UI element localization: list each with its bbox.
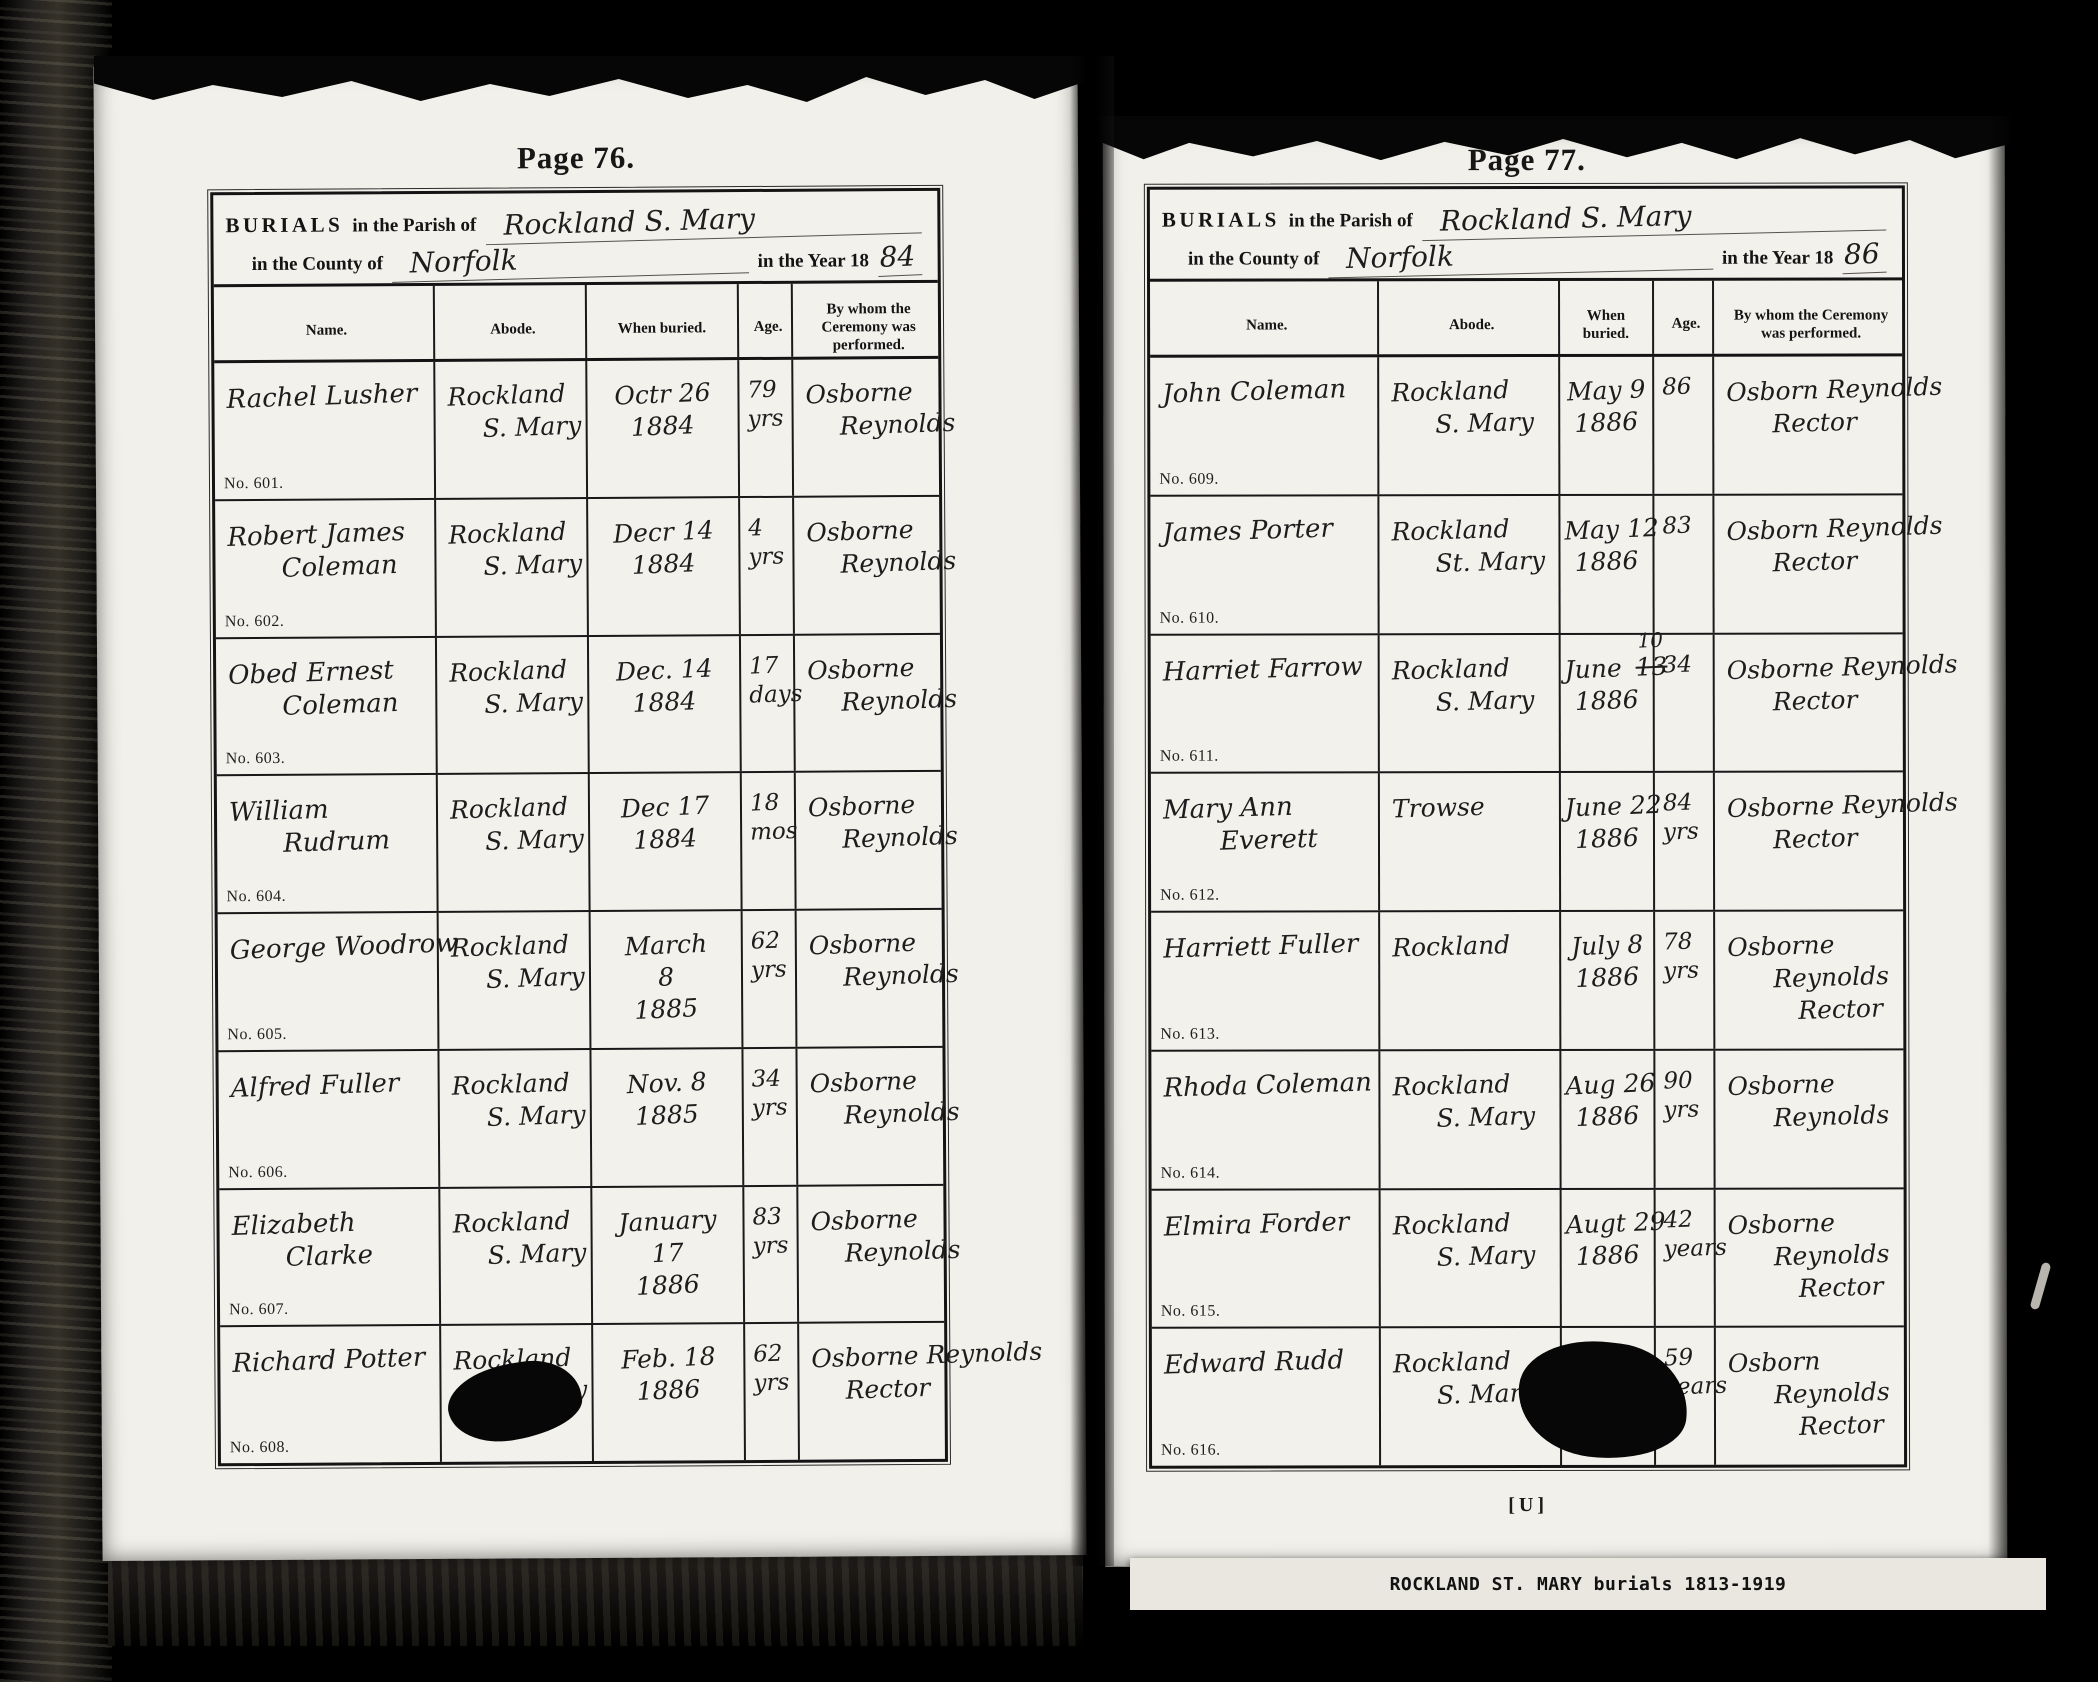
name-cell: Rachel LusherNo. 601. [214, 362, 436, 499]
ceremony-by-cell: OsborneReynolds [1715, 1050, 1903, 1187]
name-text: Elmira Forder [1163, 1205, 1373, 1243]
when-text: 1886 [1564, 683, 1649, 718]
when-buried-cell: Dec. 141884 [589, 636, 742, 773]
minister-text: Osborne [1727, 1205, 1898, 1242]
abode-text: Rockland [1392, 928, 1553, 965]
abode-text: S. Mary [1436, 1099, 1554, 1134]
record-number: No. 615. [1161, 1303, 1221, 1321]
column-header-when-buried: When buried. [587, 284, 739, 358]
minister-text: Rector [1798, 992, 1898, 1027]
abode-text: St. Mary [1435, 544, 1553, 579]
name-cell: Elmira ForderNo. 615. [1152, 1190, 1382, 1327]
when-buried-cell: January171886 [592, 1187, 745, 1324]
age-text: yrs [1662, 817, 1711, 847]
age-text: 83 [752, 1202, 795, 1232]
age-text: yrs [750, 955, 793, 985]
when-text: 1884 [593, 821, 736, 859]
column-header-age: Age. [1654, 281, 1714, 354]
minister-text: Reynolds [840, 408, 934, 443]
when-buried-cell: July 81886 [1561, 912, 1655, 1049]
film-scratch-mark [2030, 1262, 2052, 1311]
abode-text: Rockland [452, 1204, 585, 1240]
when-buried-cell: June 13101886 [1560, 634, 1654, 771]
name-text: Edward Rudd [1163, 1344, 1373, 1382]
year-label: in the Year 18 [758, 250, 869, 273]
record-number: No. 606. [228, 1163, 288, 1181]
abode-cell: RocklandS. Mary [439, 1050, 592, 1187]
when-text: 1886 [597, 1372, 740, 1410]
ceremony-by-cell: OsborneReynolds [794, 497, 940, 634]
abode-cell: RocklandS. Mary [437, 637, 590, 774]
when-text: 1886 [1565, 1238, 1650, 1273]
age-text: 84 [1662, 788, 1711, 818]
abode-text: S. Mary [1434, 405, 1552, 440]
abode-text: S. Mary [488, 1236, 585, 1271]
record-number: No. 614. [1161, 1164, 1221, 1182]
minister-text: Rector [1772, 821, 1897, 857]
burials-title: BURIALS [1162, 207, 1280, 232]
abode-text: Rockland [451, 1066, 584, 1102]
abode-text: Trowse [1392, 789, 1553, 826]
abode-cell: RocklandS. Mary [1380, 634, 1561, 771]
age-cell: 83 [1654, 495, 1714, 632]
scanned-burial-register: { "colors":{"paper":"#f2f0ea","ink":"#1d… [0, 0, 2098, 1682]
when-text: 1885 [595, 1096, 738, 1134]
abode-text: Rockland [448, 515, 581, 551]
age-cell: 83yrs [744, 1186, 799, 1322]
when-text: May 9 [1563, 373, 1648, 408]
register-title-box: BURIALS in the Parish of Rockland S. Mar… [1150, 188, 1902, 281]
name-text: James Porter [1162, 511, 1372, 549]
minister-text: Osborn [1727, 1343, 1898, 1380]
age-cell: 86 [1654, 357, 1714, 494]
age-cell: 79yrs [739, 360, 794, 496]
when-text: 1886 [596, 1266, 739, 1304]
minister-text: Osborn Reynolds [1726, 372, 1897, 409]
abode-cell: RocklandS. Mary [1381, 1051, 1562, 1188]
microfilm-caption-strip: ROCKLAND ST. MARY burials 1813-1919 [1130, 1558, 2046, 1610]
column-header-name: Name. [214, 286, 435, 360]
age-cell: 62yrs [745, 1324, 800, 1460]
age-text: yrs [752, 1231, 795, 1261]
ceremony-by-cell: OsborneReynolds [798, 1048, 944, 1185]
when-buried-cell: 301886 [1562, 1328, 1656, 1465]
minister-text: Osborne [808, 788, 936, 824]
age-text: 4 [748, 513, 791, 543]
ceremony-by-cell: OsborneReynolds [797, 910, 943, 1047]
abode-text: S. Mary [1436, 1238, 1554, 1273]
register-page-77: Page 77. BURIALS in the Parish of Rockla… [1103, 125, 2008, 1567]
age-cell: 42years [1655, 1189, 1715, 1326]
column-header-row: Name. Abode. When buried. Age. By whom t… [1150, 280, 1902, 357]
age-cell: 78yrs [1655, 912, 1715, 1049]
minister-text: Rector [1772, 682, 1897, 718]
minister-text: Reynolds [841, 683, 935, 718]
name-text: George Woodrow [229, 928, 431, 967]
title-line-parish: BURIALS in the Parish of Rockland S. Mar… [1162, 199, 1886, 236]
minister-text: Rector [1799, 1408, 1899, 1443]
abode-cell: RocklandS. Mary [440, 1187, 593, 1324]
minister-text: Osborne [808, 926, 936, 962]
age-text: years [1663, 1234, 1712, 1264]
minister-text: Osborne [1727, 1066, 1898, 1103]
age-text: days [749, 680, 792, 710]
age-text: 86 [1662, 372, 1711, 402]
name-text: Richard Potter [232, 1341, 434, 1380]
minister-text: Osborne Reynolds [811, 1339, 939, 1375]
name-cell: WilliamRudrumNo. 604. [217, 775, 439, 912]
name-text: Rachel Lusher [226, 377, 428, 416]
age-text: 83 [1662, 511, 1711, 541]
name-cell: Edward RuddNo. 616. [1152, 1329, 1382, 1466]
when-text: 1884 [591, 407, 734, 445]
abode-text: Rockland [1393, 1205, 1554, 1242]
column-header-ceremony: By whom the Ceremony was performed. [1714, 280, 1902, 353]
minister-text: Reynolds [840, 545, 934, 580]
abode-cell: RocklandSt. Mary [1380, 496, 1561, 633]
abode-text: Rockland [450, 928, 583, 964]
name-cell: ElizabethClarkeNo. 607. [219, 1188, 441, 1325]
ceremony-by-cell: OsborneReynolds [795, 634, 941, 771]
burial-record-row: Edward RuddNo. 616.RocklandS. Mary301886… [1152, 1326, 1904, 1466]
when-buried-cell: March81885 [590, 911, 743, 1048]
when-buried-cell: May 121886 [1560, 496, 1654, 633]
age-text: 62 [750, 926, 793, 956]
ceremony-by-cell: Osborne ReynoldsRector [799, 1323, 945, 1460]
name-text: Harriet Farrow [1162, 650, 1372, 688]
burial-record-row: Alfred FullerNo. 606.RocklandS. MaryNov.… [218, 1046, 943, 1188]
ceremony-by-cell: Osborne ReynoldsRector [1715, 773, 1903, 910]
age-text: yrs [1663, 956, 1712, 986]
record-number: No. 609. [1159, 470, 1219, 488]
ceremony-by-cell: OsborneReynoldsRector [1715, 911, 1903, 1048]
name-text: Clarke [285, 1236, 433, 1273]
name-text: Alfred Fuller [230, 1066, 432, 1105]
age-text: yrs [751, 1093, 794, 1123]
minister-text: Osborne [1727, 927, 1898, 964]
age-text: yrs [747, 404, 790, 434]
parish-label: in the Parish of [352, 214, 476, 237]
name-cell: Alfred FullerNo. 606. [218, 1051, 440, 1188]
minister-text: Rector [1772, 543, 1897, 579]
year-handwritten: 86 [1842, 236, 1887, 274]
parish-handwritten: Rockland S. Mary [1421, 194, 1886, 241]
burial-register-table: BURIALS in the Parish of Rockland S. Mar… [1147, 185, 1907, 1468]
when-text: July 8 [1564, 928, 1649, 963]
abode-text: Rockland [1392, 650, 1553, 687]
title-line-county-year: in the County of Norfolk in the Year 18 … [1162, 237, 1886, 274]
age-cell: 4yrs [740, 497, 795, 633]
minister-text: Reynolds [844, 1096, 938, 1131]
ceremony-by-cell: OsbornReynoldsRector [1716, 1328, 1904, 1465]
register-page-76: Page 76. BURIALS in the Parish of Rockla… [93, 61, 1086, 1561]
title-line-parish: BURIALS in the Parish of Rockland S. Mar… [225, 201, 921, 241]
minister-text: Reynolds [1773, 1376, 1898, 1412]
when-text: 1886 [1564, 960, 1649, 995]
year-label: in the Year 18 [1722, 247, 1833, 269]
register-title-box: BURIALS in the Parish of Rockland S. Mar… [213, 191, 938, 287]
burial-record-row: Richard PotterNo. 608.RocklandS. MaryFeb… [220, 1321, 945, 1463]
name-text: John Coleman [1162, 372, 1372, 410]
burial-record-row: Elmira ForderNo. 615.RocklandS. MaryAugt… [1152, 1187, 1904, 1327]
age-text: yrs [1663, 1095, 1712, 1125]
age-cell: 34yrs [743, 1048, 798, 1184]
burial-entries: Rachel LusherNo. 601.RocklandS. MaryOctr… [214, 359, 945, 1463]
abode-text: Rockland [449, 790, 582, 826]
burial-record-row: James PorterNo. 610.RocklandSt. MaryMay … [1150, 493, 1902, 633]
minister-text: Osborne [806, 513, 934, 549]
name-cell: Robert JamesColemanNo. 602. [215, 500, 437, 637]
age-text: yrs [753, 1368, 796, 1398]
county-handwritten: Norfolk [392, 237, 749, 283]
name-text: Rudrum [283, 823, 431, 860]
name-cell: Obed ErnestColemanNo. 603. [216, 637, 438, 774]
age-cell: 90yrs [1655, 1050, 1715, 1187]
abode-cell: Rockland [1380, 912, 1561, 1049]
minister-text: Osborn Reynolds [1726, 511, 1897, 548]
abode-text: S. Mary [484, 685, 581, 720]
minister-text: Reynolds [842, 821, 936, 856]
record-number: No. 610. [1160, 609, 1220, 627]
year-handwritten: 84 [877, 239, 922, 277]
record-number: No. 612. [1160, 887, 1220, 905]
minister-text: Osborne [810, 1202, 938, 1238]
age-cell: 62yrs [742, 911, 797, 1047]
name-text: Everett [1219, 821, 1373, 858]
record-number: No. 605. [227, 1026, 287, 1044]
name-cell: Mary AnnEverettNo. 612. [1151, 774, 1381, 911]
abode-text: S. Mary [485, 823, 582, 858]
title-line-county-year: in the County of Norfolk in the Year 18 … [226, 239, 922, 279]
when-buried-cell: June 221886 [1561, 773, 1655, 910]
abode-text: Rockland [1391, 373, 1552, 410]
when-text: May 12 [1564, 512, 1649, 547]
abode-cell: RocklandS. Mary [1380, 357, 1561, 494]
minister-text: Rector [845, 1372, 939, 1407]
age-text: 18 [749, 788, 792, 818]
when-buried-cell: Nov. 81885 [591, 1049, 744, 1186]
minister-text: Osborne [807, 651, 935, 687]
when-text: Augt 29 [1565, 1206, 1650, 1241]
abode-cell: Trowse [1380, 773, 1561, 910]
when-text: June 1310 [1564, 651, 1649, 686]
abode-cell: RocklandS. Mary [436, 499, 589, 636]
burial-record-row: Harriett FullerNo. 613.RocklandJuly 8188… [1151, 909, 1903, 1049]
minister-text: Osborne Reynolds [1726, 650, 1897, 687]
when-text: 1886 [1564, 821, 1649, 856]
abode-text: S. Mary [483, 410, 580, 445]
column-header-row: Name. Abode. When buried. Age. By whom t… [214, 283, 938, 363]
when-buried-cell: Feb. 181886 [593, 1324, 746, 1461]
age-text: 17 [749, 651, 792, 681]
age-text: 42 [1663, 1205, 1712, 1235]
ceremony-by-cell: OsborneReynolds [798, 1185, 944, 1322]
when-text: June 22 [1564, 789, 1649, 824]
parish-label: in the Parish of [1289, 210, 1413, 232]
minister-text: Osborne [805, 375, 933, 411]
when-buried-cell: Octr 261884 [587, 360, 740, 497]
column-header-abode: Abode. [435, 285, 587, 359]
page-number-label: Page 76. [212, 138, 940, 178]
microfilm-caption-text: ROCKLAND ST. MARY burials 1813-1919 [1390, 1574, 1787, 1595]
when-text: 1886 [1563, 405, 1648, 440]
name-text: Coleman [282, 685, 430, 722]
abode-text: S. Mary [1435, 683, 1553, 718]
age-text: 34 [751, 1064, 794, 1094]
age-text: 78 [1663, 927, 1712, 957]
burials-title: BURIALS [225, 212, 343, 238]
burial-record-row: Robert JamesColemanNo. 602.RocklandS. Ma… [215, 495, 940, 637]
column-header-when-buried: When buried. [1560, 281, 1654, 354]
name-cell: Harriett FullerNo. 613. [1151, 912, 1381, 1049]
burial-record-row: Mary AnnEverettNo. 612.TrowseJune 221886… [1151, 771, 1903, 911]
minister-text: Rector [1772, 405, 1897, 441]
record-number: No. 616. [1161, 1442, 1221, 1460]
name-text: Harriett Fuller [1163, 927, 1373, 965]
record-number: No. 613. [1160, 1025, 1220, 1043]
record-number: No. 611. [1160, 748, 1219, 766]
abode-text: S. Mary [483, 547, 580, 582]
county-handwritten: Norfolk [1328, 233, 1713, 278]
abode-text: S. Mary [486, 961, 583, 996]
record-number: No. 602. [225, 612, 285, 630]
name-text: Obed Ernest [228, 653, 430, 692]
age-text: 34 [1662, 650, 1711, 680]
ceremony-by-cell: Osborne ReynoldsRector [1715, 634, 1903, 771]
minister-text: Reynolds [1773, 1098, 1898, 1134]
age-text: 79 [747, 375, 790, 405]
name-cell: Rhoda ColemanNo. 614. [1151, 1051, 1381, 1188]
name-cell: George WoodrowNo. 605. [218, 913, 440, 1050]
age-text: 90 [1663, 1066, 1712, 1096]
age-cell: 17days [741, 635, 796, 771]
ceremony-by-cell: Osborn ReynoldsRector [1714, 495, 1902, 632]
film-frame-mark: [U] [1149, 1493, 1907, 1517]
minister-text: Reynolds [845, 1234, 939, 1269]
age-cell: 34 [1654, 634, 1714, 771]
name-cell: Harriet FarrowNo. 611. [1151, 635, 1381, 772]
minister-text: Osborne Reynolds [1726, 788, 1897, 825]
ceremony-by-cell: OsborneReynolds [793, 359, 939, 496]
burial-record-row: Obed ErnestColemanNo. 603.RocklandS. Mar… [216, 632, 941, 774]
minister-text: Osborne [809, 1064, 937, 1100]
when-buried-cell: Aug 261886 [1561, 1051, 1655, 1188]
record-number: No. 608. [230, 1439, 290, 1457]
name-cell: Richard PotterNo. 608. [220, 1326, 442, 1463]
abode-text: Rockland [1391, 512, 1552, 549]
age-cell: 18mos [742, 773, 797, 909]
burial-record-row: WilliamRudrumNo. 604.RocklandS. MaryDec … [217, 770, 942, 912]
burial-record-row: ElizabethClarkeNo. 607.RocklandS. MaryJa… [219, 1183, 944, 1325]
book-bottom-edge-texture [108, 1546, 1083, 1646]
when-text: 1885 [594, 990, 737, 1028]
when-buried-cell: Augt 291886 [1561, 1189, 1655, 1326]
abode-cell: RocklandS. Mary [441, 1325, 594, 1462]
abode-cell: RocklandS. Mary [438, 912, 591, 1049]
column-header-age: Age. [739, 284, 794, 357]
age-text: 62 [753, 1339, 796, 1369]
burial-entries: John ColemanNo. 609.RocklandS. MaryMay 9… [1150, 356, 1904, 1465]
abode-text: S. Mary [487, 1098, 584, 1133]
name-cell: James PorterNo. 610. [1150, 496, 1380, 633]
when-buried-cell: Dec 171884 [590, 773, 743, 910]
name-text: Elizabeth [231, 1204, 433, 1243]
when-buried-cell: Decr 141884 [588, 498, 741, 635]
age-cell: 84yrs [1655, 773, 1715, 910]
burial-record-row: George WoodrowNo. 605.RocklandS. MaryMar… [218, 908, 943, 1050]
ceremony-by-cell: OsborneReynoldsRector [1716, 1189, 1904, 1326]
name-text: Coleman [281, 548, 429, 585]
burial-record-row: John ColemanNo. 609.RocklandS. MaryMay 9… [1150, 356, 1902, 494]
when-text: 1884 [592, 545, 735, 583]
column-header-ceremony: By whom the Ceremony was performed. [793, 283, 938, 357]
minister-text: Reynolds [843, 959, 937, 994]
name-cell: John ColemanNo. 609. [1150, 357, 1380, 494]
when-text: 1886 [1565, 1099, 1650, 1134]
minister-text: Reynolds [1773, 1237, 1898, 1273]
abode-text: Rockland [448, 653, 581, 689]
record-number: No. 607. [229, 1301, 289, 1319]
burial-record-row: Rachel LusherNo. 601.RocklandS. MaryOctr… [214, 359, 939, 499]
name-text: Rhoda Coleman [1163, 1066, 1373, 1104]
minister-text: Rector [1799, 1270, 1899, 1305]
abode-text: Rockland [1392, 1067, 1553, 1104]
record-number: No. 604. [226, 888, 286, 906]
when-text: Aug 26 [1565, 1067, 1650, 1102]
column-header-abode: Abode. [1379, 281, 1560, 354]
column-header-name: Name. [1150, 281, 1379, 354]
minister-text: Reynolds [1773, 960, 1898, 996]
abode-cell: RocklandS. Mary [438, 774, 591, 911]
age-text: mos [750, 817, 793, 847]
burial-register-table: BURIALS in the Parish of Rockland S. Mar… [210, 188, 948, 1466]
abode-cell: RocklandS. Mary [1381, 1189, 1562, 1326]
abode-cell: RocklandS. Mary [435, 361, 588, 498]
record-number: No. 603. [226, 750, 286, 768]
abode-text: Rockland [447, 377, 580, 413]
record-number: No. 601. [224, 475, 284, 493]
burial-record-row: Rhoda ColemanNo. 614.RocklandS. MaryAug … [1151, 1048, 1903, 1188]
ceremony-by-cell: Osborn ReynoldsRector [1714, 356, 1902, 493]
when-text: 1884 [593, 683, 736, 721]
burial-record-row: Harriet FarrowNo. 611.RocklandS. MaryJun… [1151, 632, 1903, 772]
ceremony-by-cell: OsborneReynolds [796, 772, 942, 909]
age-text: yrs [748, 542, 791, 572]
when-text: 1886 [1564, 544, 1649, 579]
when-buried-cell: May 91886 [1560, 357, 1654, 494]
county-label: in the County of [1188, 248, 1319, 270]
county-label: in the County of [252, 253, 384, 276]
